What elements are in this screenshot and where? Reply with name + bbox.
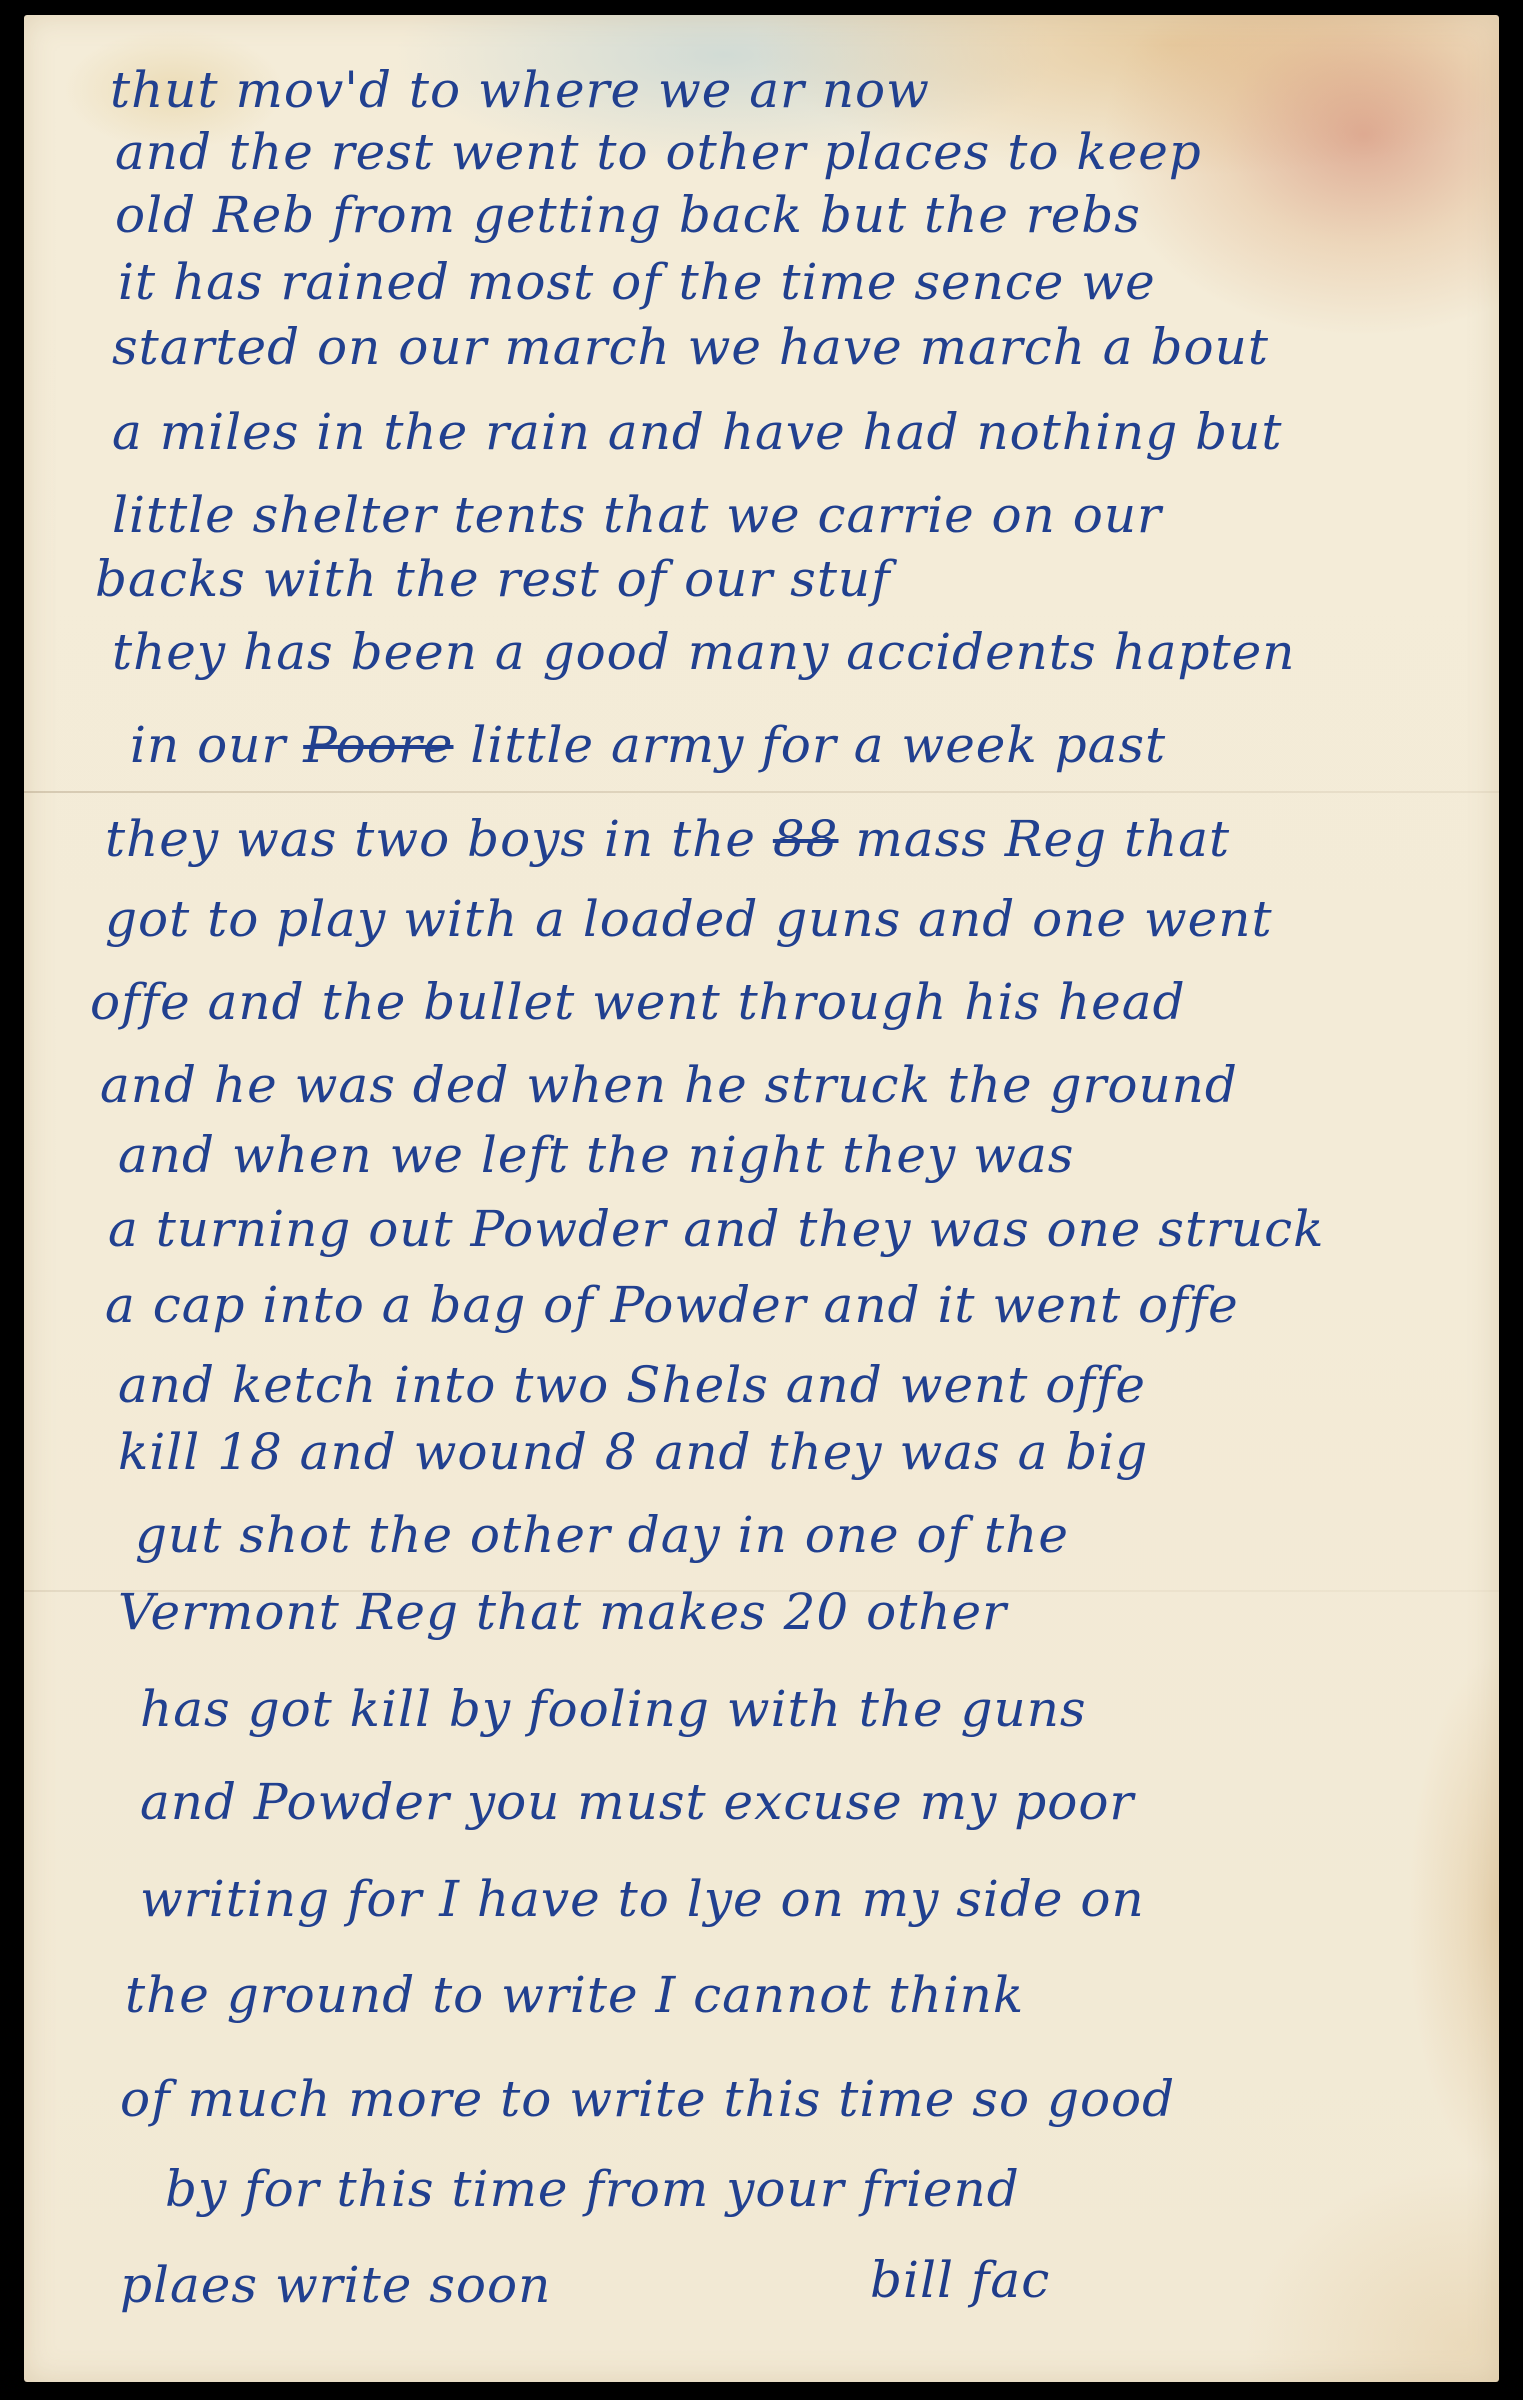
text-line: and the rest went to other places to kee… bbox=[115, 122, 1202, 182]
text-line: and ketch into two Shels and went offe bbox=[118, 1355, 1146, 1415]
text-line: a miles in the rain and have had nothing… bbox=[112, 402, 1282, 462]
text-line: has got kill by fooling with the guns bbox=[140, 1679, 1087, 1739]
text-line: and Powder you must excuse my poor bbox=[140, 1772, 1134, 1832]
text-span: mass Reg that bbox=[838, 810, 1230, 868]
text-line: they was two boys in the 88 mass Reg tha… bbox=[105, 809, 1230, 869]
text-line: a turning out Powder and they was one st… bbox=[108, 1199, 1324, 1259]
text-line: and when we left the night they was bbox=[118, 1125, 1074, 1185]
paper-fold-crease bbox=[24, 791, 1499, 793]
text-line: in our Poore little army for a week past bbox=[130, 715, 1166, 775]
text-line: got to play with a loaded guns and one w… bbox=[105, 889, 1273, 949]
text-line: the ground to write I cannot think bbox=[125, 1965, 1024, 2025]
text-line: thut mov'd to where we ar now bbox=[110, 60, 930, 120]
text-line: a cap into a bag of Powder and it went o… bbox=[105, 1275, 1239, 1335]
signature: bill fac bbox=[870, 2250, 1050, 2310]
text-line: started on our march we have march a bou… bbox=[112, 317, 1269, 377]
text-span: in our bbox=[130, 716, 303, 774]
text-line: backs with the rest of our stuf bbox=[95, 549, 891, 609]
text-line: of much more to write this time so good bbox=[120, 2069, 1175, 2129]
text-line: kill 18 and wound 8 and they was a big bbox=[118, 1422, 1148, 1482]
text-line: Vermont Reg that makes 20 other bbox=[118, 1582, 1007, 1642]
text-line: gut shot the other day in one of the bbox=[135, 1505, 1069, 1565]
struck-word: 88 bbox=[773, 810, 839, 868]
text-line: and he was ded when he struck the ground bbox=[100, 1055, 1238, 1115]
struck-word: Poore bbox=[303, 716, 453, 774]
text-span: little army for a week past bbox=[454, 716, 1167, 774]
text-line: they has been a good many accidents hapt… bbox=[112, 622, 1295, 682]
text-line: it has rained most of the time sence we bbox=[118, 252, 1156, 312]
text-line: writing for I have to lye on my side on bbox=[140, 1869, 1145, 1929]
text-span: they was two boys in the bbox=[105, 810, 773, 868]
text-line: offe and the bullet went through his hea… bbox=[90, 972, 1186, 1032]
text-line: by for this time from your friend bbox=[165, 2159, 1020, 2219]
text-line: old Reb from getting back but the rebs bbox=[115, 185, 1141, 245]
closing-line: plaes write soon bbox=[120, 2255, 551, 2315]
text-line: little shelter tents that we carrie on o… bbox=[112, 485, 1162, 545]
